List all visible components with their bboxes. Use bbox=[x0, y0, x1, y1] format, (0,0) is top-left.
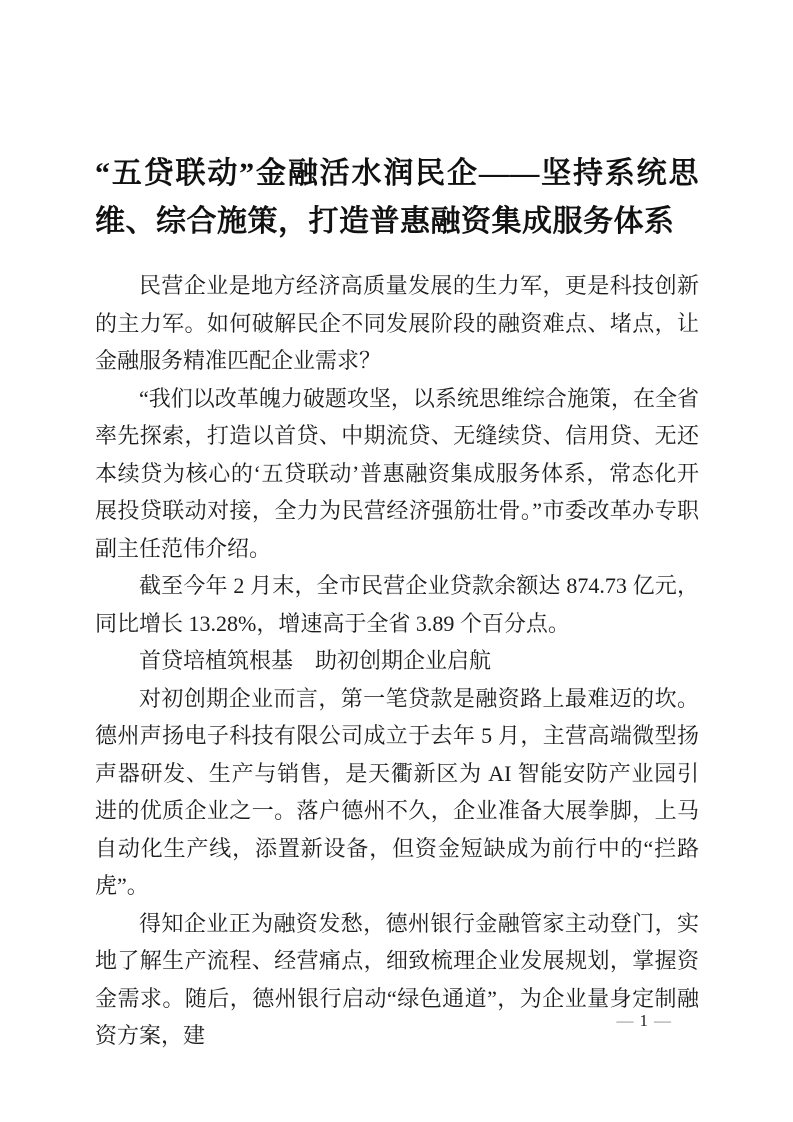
footer-dash-right: — bbox=[648, 1011, 677, 1030]
section-heading: 首贷培植筑根基 助初创期企业启航 bbox=[95, 642, 699, 680]
body-paragraph: 得知企业正为融资发愁，德州银行金融管家主动登门，实地了解生产流程、经营痛点，细致… bbox=[95, 905, 699, 1055]
body-paragraph: “我们以改革魄力破题攻坚，以系统思维综合施策，在全省率先探索，打造以首贷、中期流… bbox=[95, 380, 699, 568]
footer-dash-left: — bbox=[611, 1011, 640, 1030]
page-number: 1 bbox=[640, 1011, 649, 1030]
page-footer: —1— bbox=[611, 1008, 678, 1034]
body-paragraph: 对初创期企业而言，第一笔贷款是融资路上最难迈的坎。德州声扬电子科技有限公司成立于… bbox=[95, 680, 699, 905]
document-title: “五贷联动”金融活水润民企——坚持系统思维、综合施策，打造普惠融资集成服务体系 bbox=[95, 150, 699, 246]
document-body: 民营企业是地方经济高质量发展的生力军，更是科技创新的主力军。如何破解民企不同发展… bbox=[95, 267, 699, 1055]
document-page: “五贷联动”金融活水润民企——坚持系统思维、综合施策，打造普惠融资集成服务体系 … bbox=[0, 0, 793, 1122]
body-paragraph: 截至今年 2 月末，全市民营企业贷款余额达 874.73 亿元，同比增长 13.… bbox=[95, 567, 699, 642]
body-paragraph: 民营企业是地方经济高质量发展的生力军，更是科技创新的主力军。如何破解民企不同发展… bbox=[95, 267, 699, 380]
